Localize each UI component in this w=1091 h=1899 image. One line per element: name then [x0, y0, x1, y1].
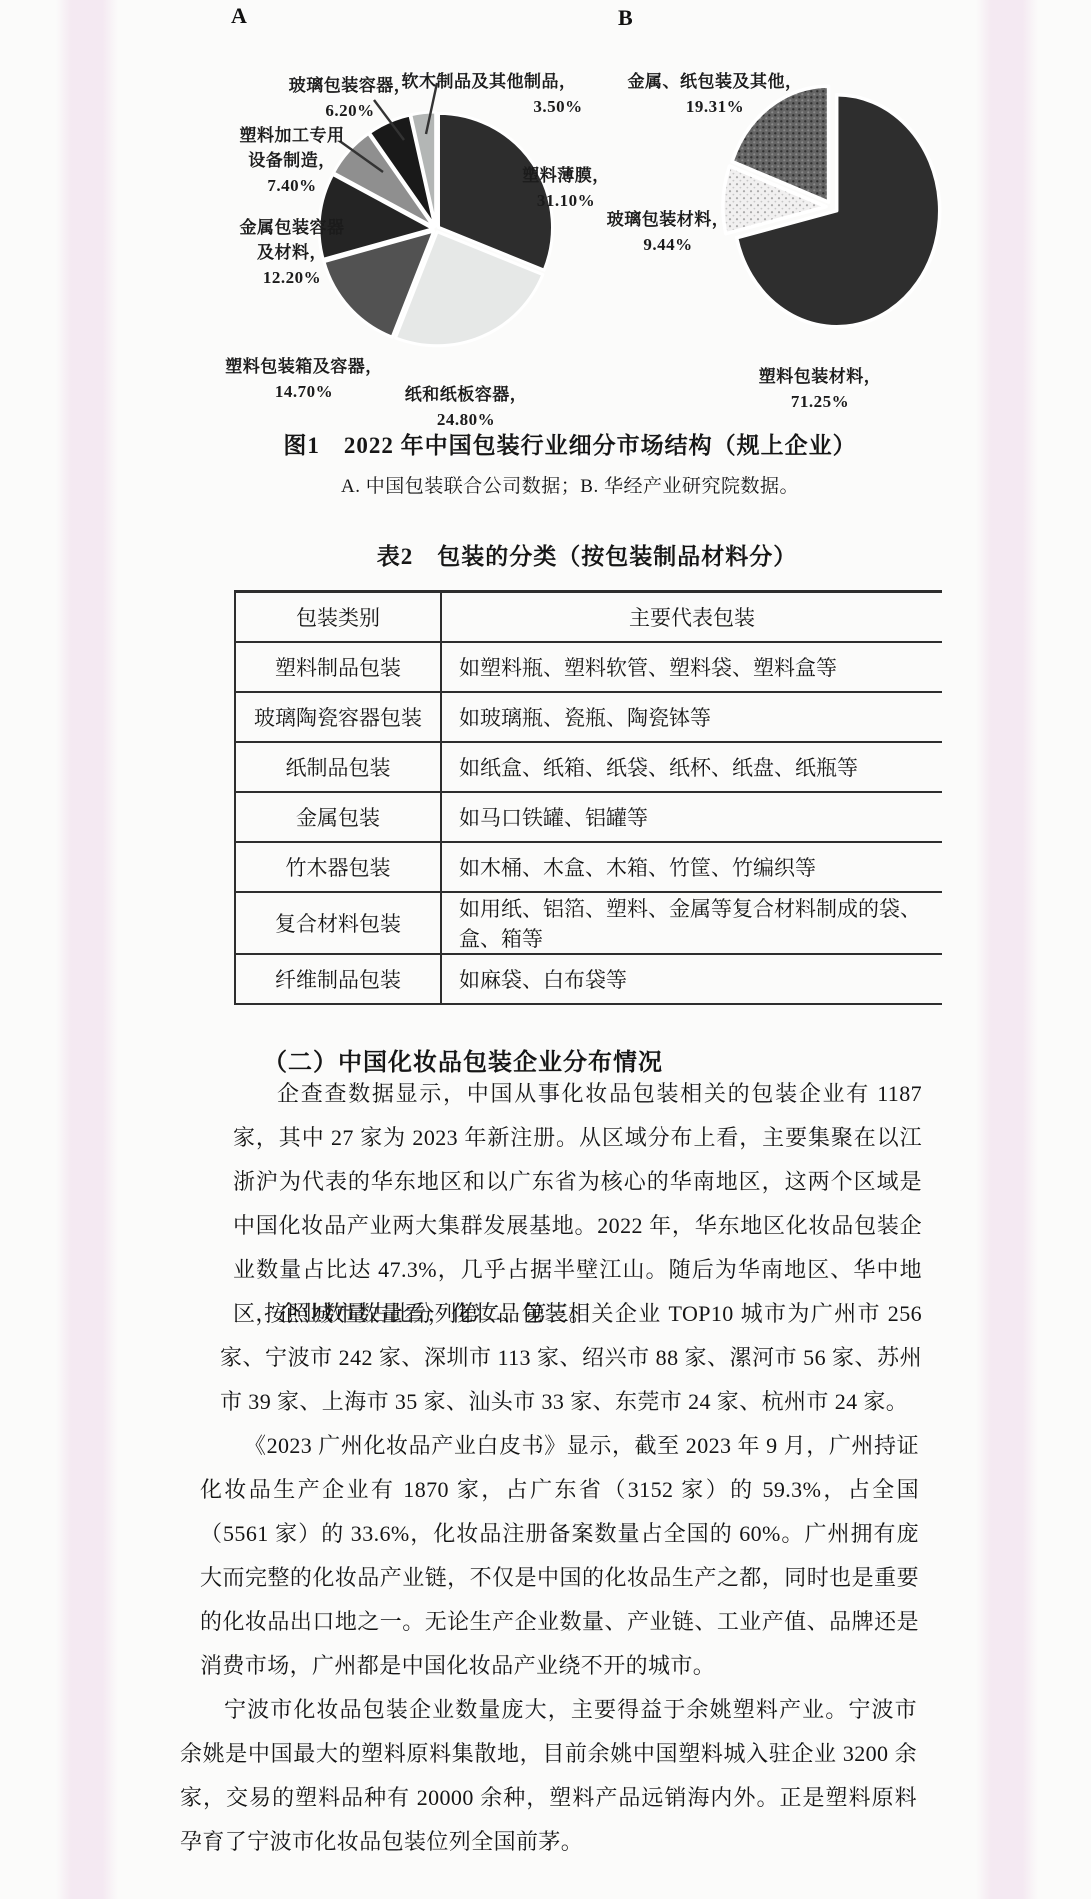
cell-representative: 如麻袋、白布袋等 — [442, 964, 942, 994]
table-row: 玻璃陶瓷容器包装如玻璃瓶、瓷瓶、陶瓷钵等 — [236, 693, 942, 743]
table-row: 塑料制品包装如塑料瓶、塑料软管、塑料袋、塑料盒等 — [236, 643, 942, 693]
table-title-block: 表2 包装的分类（按包装制品材料分） — [234, 538, 940, 571]
table-title: 表2 包装的分类（按包装制品材料分） — [377, 544, 798, 569]
table-row: 纤维制品包装如麻袋、白布袋等 — [236, 955, 942, 1005]
cell-category: 竹木器包装 — [236, 843, 442, 891]
pie-label-metal-paper-other: 金属、纸包装及其他， 19.31% — [595, 44, 835, 144]
cell-representative: 如纸盒、纸箱、纸袋、纸杯、纸盘、纸瓶等 — [442, 752, 942, 782]
pie-label-pct: 9.44% — [548, 232, 788, 257]
cell-representative: 如玻璃瓶、瓷瓶、陶瓷钵等 — [442, 702, 942, 732]
pie-label-name: 软木制品及其他制品， — [402, 72, 577, 91]
pie-label-cork-products: 软木制品及其他制品， 3.50% — [369, 44, 609, 144]
pie-label-glass-packaging-material: 玻璃包装材料， 9.44% — [548, 182, 788, 282]
pie-label-plastic-packaging-material: 塑料包装材料， 71.25% — [700, 339, 940, 439]
pie-label-plastic-box: 塑料包装箱及容器， 14.70% — [184, 329, 424, 429]
figure-caption: 图1 2022 年中国包装行业细分市场结构（规上企业） — [170, 427, 970, 460]
packaging-classification-table: 包装类别主要代表包装塑料制品包装如塑料瓶、塑料软管、塑料袋、塑料盒等玻璃陶瓷容器… — [234, 590, 942, 1005]
pie-label-pct: 19.31% — [595, 94, 835, 119]
cell-category: 塑料制品包装 — [236, 643, 442, 691]
cell-category: 复合材料包装 — [236, 893, 442, 953]
pie-label-name: 玻璃包装材料， — [607, 210, 730, 229]
pie-label-pct: 7.40% — [172, 173, 412, 198]
cell-representative: 如马口铁罐、铝罐等 — [442, 802, 942, 832]
body-paragraph-3: 《2023 广州化妆品产业白皮书》显示，截至 2023 年 9 月，广州持证化妆… — [200, 1424, 919, 1688]
cell-representative: 如塑料瓶、塑料软管、塑料袋、塑料盒等 — [442, 652, 942, 682]
cell-category: 金属包装 — [236, 793, 442, 841]
col-header-category: 包装类别 — [236, 593, 442, 641]
table-row: 金属包装如马口铁罐、铝罐等 — [236, 793, 942, 843]
cell-representative: 如木桶、木盒、木箱、竹筐、竹编织等 — [442, 852, 942, 882]
pie-label-pct: 14.70% — [184, 379, 424, 404]
body-paragraph-2: 按照城市数量看，化妆品包装相关企业 TOP10 城市为广州市 256 家、宁波市… — [220, 1292, 922, 1424]
cell-category: 纸制品包装 — [236, 743, 442, 791]
cell-category: 玻璃陶瓷容器包装 — [236, 693, 442, 741]
pie-label-pct: 71.25% — [700, 389, 940, 414]
figure-note: A. 中国包装联合公司数据；B. 华经产业研究院数据。 — [170, 471, 970, 498]
pie-label-name: 塑料包装材料， — [759, 367, 882, 386]
table-row: 复合材料包装如用纸、铝箔、塑料、金属等复合材料制成的袋、盒、箱等 — [236, 893, 942, 955]
pie-label-name: 金属包装容器 及材料， — [240, 218, 345, 262]
cell-representative: 如用纸、铝箔、塑料、金属等复合材料制成的袋、盒、箱等 — [442, 893, 942, 953]
cell-category: 纤维制品包装 — [236, 955, 442, 1003]
table-header-row: 包装类别主要代表包装 — [236, 593, 942, 643]
table-row: 纸制品包装如纸盒、纸箱、纸袋、纸杯、纸盘、纸瓶等 — [236, 743, 942, 793]
body-paragraph-4: 宁波市化妆品包装企业数量庞大，主要得益于余姚塑料产业。宁波市余姚是中国最大的塑料… — [180, 1688, 917, 1864]
figure-caption-block: 图1 2022 年中国包装行业细分市场结构（规上企业） A. 中国包装联合公司数… — [170, 427, 970, 498]
pie-label-pct: 12.20% — [172, 265, 412, 290]
table-row: 竹木器包装如木桶、木盒、木箱、竹筐、竹编织等 — [236, 843, 942, 893]
pie-label-name: 塑料包装箱及容器， — [225, 357, 383, 376]
col-header-representative: 主要代表包装 — [442, 602, 942, 632]
pie-label-name: 金属、纸包装及其他， — [628, 72, 803, 91]
